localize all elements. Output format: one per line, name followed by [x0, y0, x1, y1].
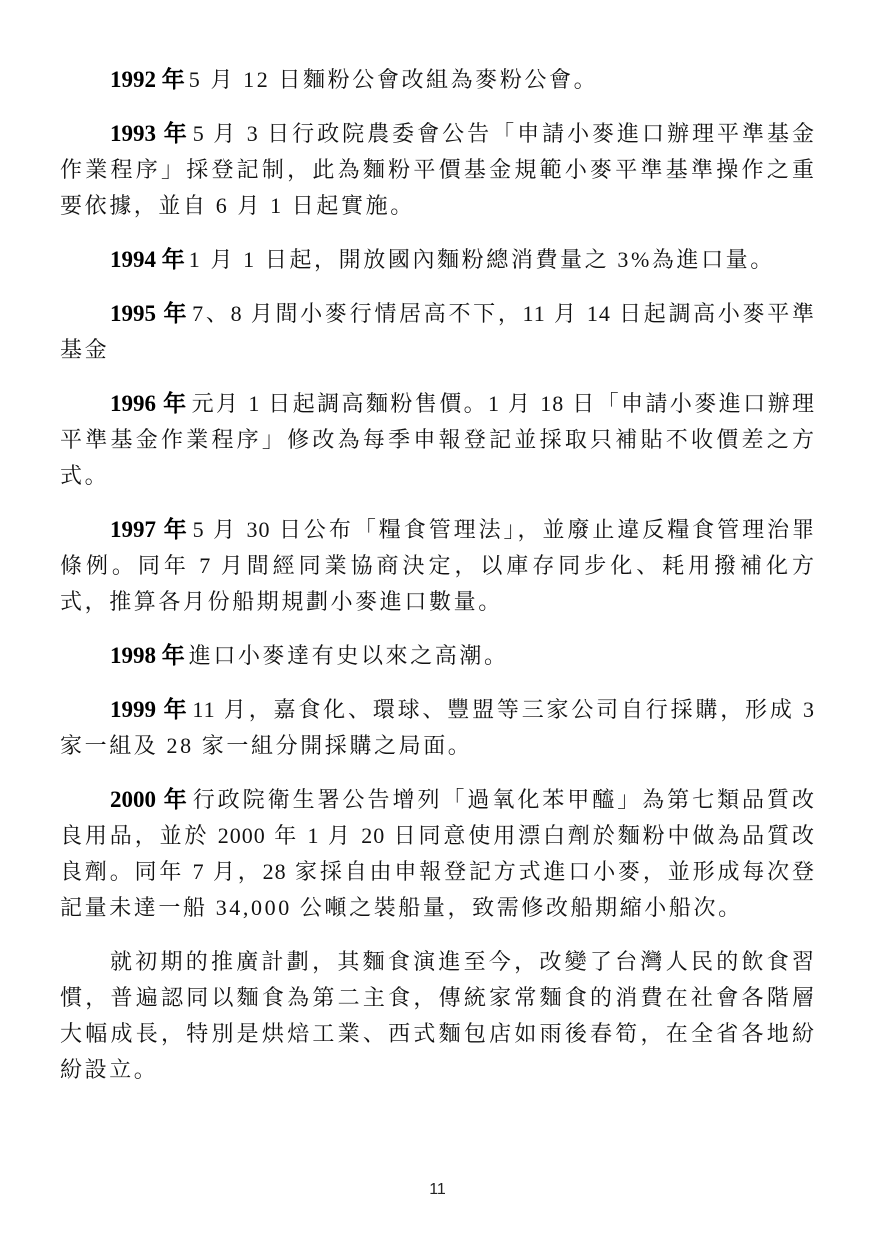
- timeline-entry-1999: 1999 年11 月，嘉食化、環球、豐盟等三家公司自行採購，形成 3 家一組及 …: [60, 692, 815, 764]
- paragraph-line: 就初期的推廣計劃，其麵食演進至今，改變了台灣人民的飲食習: [60, 944, 815, 980]
- paragraph-line: 1996 年元月 1 日起調高麵粉售價。1 月 18 日「申請小麥進口辦理: [60, 386, 815, 422]
- paragraph-line: 平準基金作業程序」修改為每季申報登記並採取只補貼不收價差之方: [60, 422, 815, 458]
- summary-paragraph: 就初期的推廣計劃，其麵食演進至今，改變了台灣人民的飲食習 慣，普遍認同以麵食為第…: [60, 944, 815, 1088]
- line-text: 5 月 12 日麵粉公會改組為麥粉公會。: [189, 67, 599, 92]
- paragraph-line: 1994 年1 月 1 日起，開放國內麵粉總消費量之 3%為進口量。: [60, 242, 815, 278]
- paragraph-line: 1993 年5 月 3 日行政院農委會公告「申請小麥進口辦理平準基金: [60, 116, 815, 152]
- paragraph-line: 作業程序」採登記制，此為麵粉平價基金規範小麥平準基準操作之重: [60, 152, 815, 188]
- paragraph-line: 紛設立。: [60, 1052, 815, 1088]
- paragraph-line: 條例。同年 7 月間經同業協商決定，以庫存同步化、耗用撥補化方: [60, 548, 815, 584]
- paragraph-line: 1998 年進口小麥達有史以來之高潮。: [60, 638, 815, 674]
- paragraph-line: 良用品，並於 2000 年 1 月 20 日同意使用漂白劑於麵粉中做為品質改: [60, 818, 815, 854]
- paragraph-line: 1997 年5 月 30 日公布「糧食管理法」，並廢止違反糧食管理治罪: [60, 512, 815, 548]
- timeline-entry-1992: 1992 年5 月 12 日麵粉公會改組為麥粉公會。: [60, 62, 815, 98]
- year-label: 1996 年: [110, 391, 188, 416]
- year-label: 1999 年: [110, 697, 188, 722]
- line-text: 11 月，嘉食化、環球、豐盟等三家公司自行採購，形成 3: [192, 697, 815, 722]
- paragraph-line: 2000 年行政院衛生署公告增列「過氧化苯甲醯」為第七類品質改: [60, 782, 815, 818]
- paragraph-line: 要依據，並自 6 月 1 日起實施。: [60, 188, 815, 224]
- paragraph-line: 式，推算各月份船期規劃小麥進口數量。: [60, 584, 815, 620]
- paragraph-line: 記量未達一船 34,000 公噸之裝船量，致需修改船期縮小船次。: [60, 890, 815, 926]
- paragraph-line: 大幅成長，特別是烘焙工業、西式麵包店如雨後春筍，在全省各地紛: [60, 1016, 815, 1052]
- year-label: 1995 年: [110, 301, 188, 326]
- year-label: 1997 年: [110, 517, 189, 542]
- paragraph-line: 1992 年5 月 12 日麵粉公會改組為麥粉公會。: [60, 62, 815, 98]
- page-number: 11: [0, 1181, 875, 1199]
- line-text: 1 月 1 日起，開放國內麵粉總消費量之 3%為進口量。: [189, 247, 775, 272]
- line-text: 進口小麥達有史以來之高潮。: [189, 643, 509, 668]
- line-text: 7、8 月間小麥行情居高不下，11 月 14 日起調高小麥平準: [192, 301, 815, 326]
- line-text: 行政院衛生署公告增列「過氧化苯甲醯」為第七類品質改: [193, 787, 815, 812]
- paragraph-line: 基金: [60, 332, 815, 368]
- line-text: 5 月 3 日行政院農委會公告「申請小麥進口辦理平準基金: [193, 121, 815, 146]
- year-label: 2000 年: [110, 787, 189, 812]
- year-label: 1993 年: [110, 121, 189, 146]
- document-body: 1992 年5 月 12 日麵粉公會改組為麥粉公會。 1993 年5 月 3 日…: [60, 62, 815, 1106]
- paragraph-line: 良劑。同年 7 月，28 家採自由申報登記方式進口小麥，並形成每次登: [60, 854, 815, 890]
- year-label: 1994 年: [110, 247, 185, 272]
- timeline-entry-1994: 1994 年1 月 1 日起，開放國內麵粉總消費量之 3%為進口量。: [60, 242, 815, 278]
- paragraph-line: 1999 年11 月，嘉食化、環球、豐盟等三家公司自行採購，形成 3: [60, 692, 815, 728]
- line-text: 元月 1 日起調高麵粉售價。1 月 18 日「申請小麥進口辦理: [192, 391, 815, 416]
- timeline-entry-1997: 1997 年5 月 30 日公布「糧食管理法」，並廢止違反糧食管理治罪 條例。同…: [60, 512, 815, 620]
- line-text: 5 月 30 日公布「糧食管理法」，並廢止違反糧食管理治罪: [193, 517, 815, 542]
- year-label: 1998 年: [110, 643, 185, 668]
- paragraph-line: 1995 年7、8 月間小麥行情居高不下，11 月 14 日起調高小麥平準: [60, 296, 815, 332]
- timeline-entry-1996: 1996 年元月 1 日起調高麵粉售價。1 月 18 日「申請小麥進口辦理 平準…: [60, 386, 815, 494]
- timeline-entry-1998: 1998 年進口小麥達有史以來之高潮。: [60, 638, 815, 674]
- timeline-entry-1993: 1993 年5 月 3 日行政院農委會公告「申請小麥進口辦理平準基金 作業程序」…: [60, 116, 815, 224]
- timeline-entry-2000: 2000 年行政院衛生署公告增列「過氧化苯甲醯」為第七類品質改 良用品，並於 2…: [60, 782, 815, 926]
- paragraph-line: 家一組及 28 家一組分開採購之局面。: [60, 728, 815, 764]
- paragraph-line: 式。: [60, 458, 815, 494]
- paragraph-line: 慣，普遍認同以麵食為第二主食，傳統家常麵食的消費在社會各階層: [60, 980, 815, 1016]
- timeline-entry-1995: 1995 年7、8 月間小麥行情居高不下，11 月 14 日起調高小麥平準 基金: [60, 296, 815, 368]
- year-label: 1992 年: [110, 67, 185, 92]
